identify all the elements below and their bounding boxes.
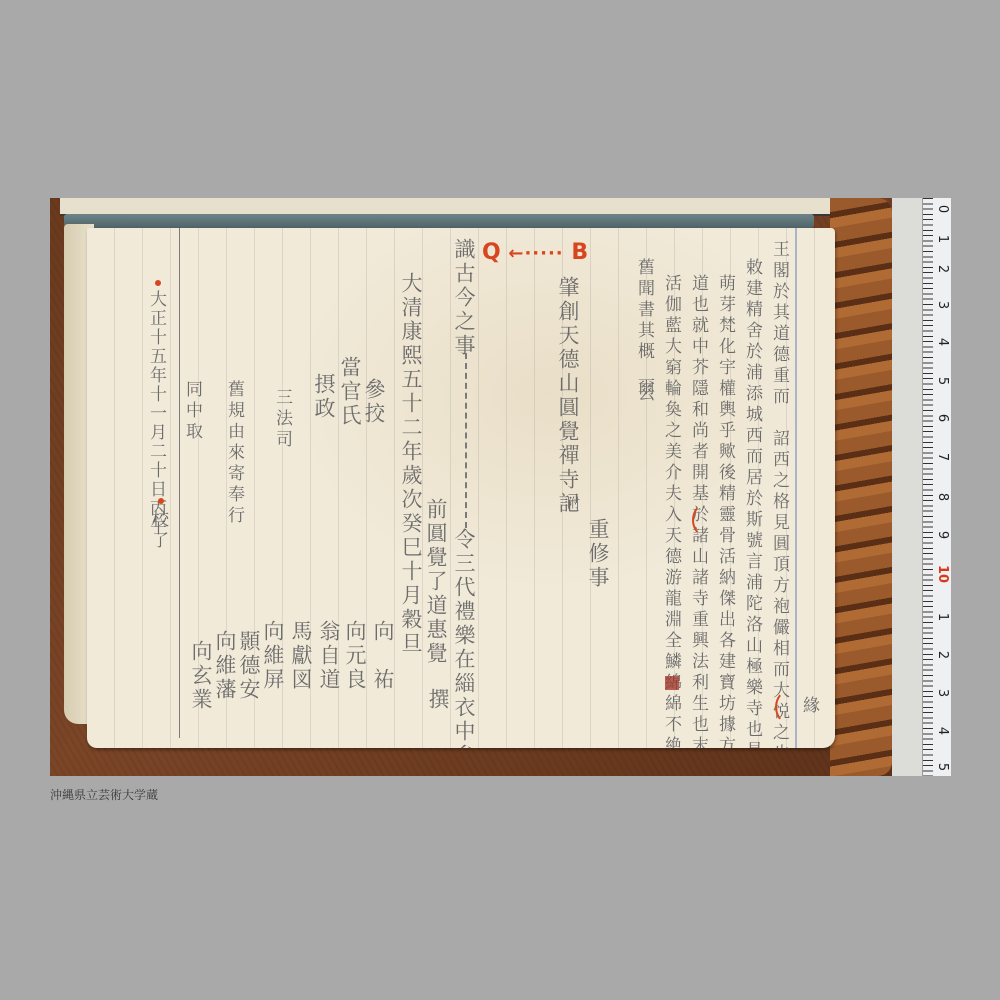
role-bugyou: 舊規由來寄奉行 (225, 380, 242, 527)
ruler-number: 8 (935, 489, 949, 505)
ruler-number: 2 (935, 261, 949, 277)
ruler-number: 5 (935, 373, 949, 389)
annotation-b: B (571, 240, 588, 265)
section-heading: 識古今之事 (453, 238, 474, 358)
red-dot-mark (155, 280, 161, 286)
collection-credit: 沖縄県立芸術大学蔵 (50, 786, 158, 803)
ruler-number: 5 (935, 759, 949, 775)
struck-character (665, 676, 679, 690)
date-line: 大清康熙五十二年歲次癸巳十月穀旦 (400, 272, 421, 656)
ruler-number: 1 (935, 609, 949, 625)
name-5: 向維屏 (262, 620, 283, 692)
ruler-number: 3 (935, 685, 949, 701)
backdrop-board (892, 198, 922, 776)
red-annotation-q-b: Q ←····· B (482, 240, 588, 265)
cover-stitched-edge (830, 198, 892, 776)
text-column-ling: 令三代禮樂在緇衣中矣 (453, 528, 474, 748)
ruler-number: 3 (935, 297, 949, 313)
cloth-spine-band (64, 214, 814, 228)
left-margin-rule (179, 228, 180, 738)
ruler-number: 7 (935, 449, 949, 465)
ruler-number-10: 10 (935, 565, 949, 581)
role-sessei: 摂政 (313, 373, 334, 421)
manuscript-photo: 0 1 2 3 4 5 6 7 8 9 10 1 2 3 4 5 王閣於其道德重… (50, 198, 950, 776)
ruler-number: 4 (935, 334, 949, 350)
document-title: 肇創天德山圓覺禪寺記 (557, 276, 578, 516)
text-column-6b: 爾 (635, 378, 652, 399)
role-toukanshi: 當官氏 (339, 356, 360, 428)
ruler-ticks (923, 198, 933, 776)
ruler-number: 9 (935, 527, 949, 543)
role-sankou: 參挍 (363, 378, 384, 426)
ruler-number: 1 (935, 231, 949, 247)
ruler-number: 4 (935, 723, 949, 739)
ruler-number: 0 (935, 201, 949, 217)
author-line: 前圓覺了道惠覺 (425, 498, 446, 666)
name-8: 向玄業 (190, 640, 211, 712)
measurement-ruler: 0 1 2 3 4 5 6 7 8 9 10 1 2 3 4 5 (922, 198, 951, 776)
name-4: 馬獻図 (290, 620, 311, 692)
title-subtitle: 重修事 (587, 518, 608, 590)
text-column-2: 敕建精舍於浦添城西而居於斯號言浦陀洛山極樂寺也是我朝佛種 (743, 258, 760, 748)
ruler-number: 6 (935, 410, 949, 426)
annotation-q: Q (482, 240, 501, 265)
red-circle-mark (692, 503, 720, 537)
name-1: 向 祐 (372, 620, 393, 692)
name-6: 顥德安 (238, 630, 259, 702)
colophon-proofread: 校了 (149, 510, 166, 552)
role-sanpoushi: 三法司 (273, 388, 290, 451)
name-2: 向元良 (344, 620, 365, 692)
name-3: 翁自道 (318, 620, 339, 692)
author-suffix: 撰 (427, 688, 448, 712)
right-margin-rule (795, 228, 797, 748)
arrow-left-icon: ←····· (508, 243, 563, 264)
text-column-1: 王閣於其道德重而 詔西之格見圓頂方袍儼相而大悦之也本有夙緣乎 (770, 240, 787, 748)
ruler-number: 2 (935, 647, 949, 663)
name-7: 向維藩 (214, 630, 235, 702)
manuscript-page: 王閣於其道德重而 詔西之格見圓頂方袍儼相而大悦之也本有夙緣乎 敕建精舍於浦添城西… (87, 228, 835, 748)
text-column-3: 萌芽梵化宇權輿乎歟後精靈骨活納傑出各建寶坊據方以唱其 (716, 274, 733, 748)
red-dot-mark (158, 498, 164, 504)
margin-correction-en: 緣 (800, 696, 817, 717)
role-dounakatori: 同中取 (183, 380, 200, 443)
title-suffix-fu: 附 (565, 496, 578, 512)
dashed-connector (465, 353, 467, 528)
